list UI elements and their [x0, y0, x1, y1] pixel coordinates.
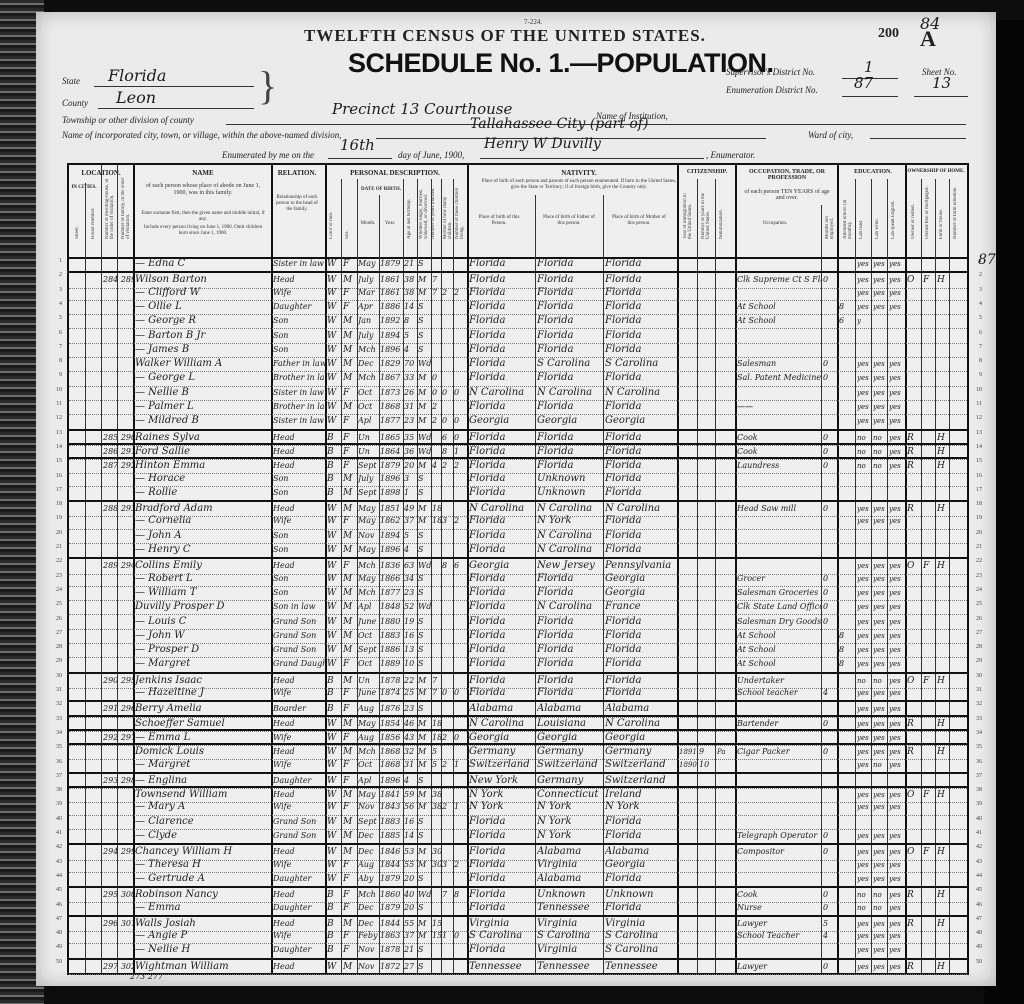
cell-read: yes [857, 400, 871, 414]
cell-read: yes [857, 643, 871, 657]
cell-relation: Son [273, 343, 325, 357]
cell-unemp [823, 386, 837, 400]
cell-write [873, 329, 887, 343]
cell-pobf: Florida [537, 300, 603, 314]
cell-occ [737, 329, 821, 343]
cell-cl [454, 586, 466, 600]
cell-nat [717, 629, 735, 643]
cell-color: B [327, 472, 341, 486]
cell-cl [454, 943, 466, 957]
cell-cl [454, 615, 466, 629]
line-number: 24 [968, 587, 982, 593]
cell-occ [737, 486, 821, 500]
cell-ym [432, 600, 442, 614]
cell-read [857, 486, 871, 500]
cell-unemp [823, 657, 837, 671]
cell-sch [839, 529, 855, 543]
cell-relation: Wife [273, 929, 325, 943]
cell-read [857, 329, 871, 343]
county-value: Leon [116, 88, 156, 107]
cell-year: 1896 [380, 343, 403, 357]
cell-nat [717, 686, 735, 700]
cell-nat [717, 586, 735, 600]
cell-unemp [823, 815, 837, 829]
cell-cl [454, 815, 466, 829]
cell-pobf: Virginia [537, 858, 603, 872]
cell-dwelling [103, 329, 133, 343]
cell-eng [889, 815, 905, 829]
cell-sch: 8 [839, 657, 855, 671]
cell-age: 4 [404, 343, 417, 357]
cell-sch [839, 943, 855, 957]
cell-name: — Edna C [135, 257, 271, 271]
line-number: 23 [968, 573, 982, 579]
cell-ym [432, 657, 442, 671]
cell-color: W [327, 572, 341, 586]
cell-dwelling [103, 572, 133, 586]
cell-yus [699, 901, 715, 915]
cell-name: — Margret [135, 758, 271, 772]
cell-name: — Barton B Jr [135, 329, 271, 343]
cell-fm [923, 300, 935, 314]
cell-fh [937, 343, 949, 357]
cell-eng: yes [889, 357, 905, 371]
table-row: — Edna CSister in lawWFMay187921SFlorida… [69, 257, 967, 272]
line-number: 46 [968, 902, 982, 908]
cell-name: — George L [135, 371, 271, 385]
cell-color: W [327, 257, 341, 271]
cell-own [907, 686, 921, 700]
table-row: — Theresa HWifeWFAug184455M3032FloridaVi… [69, 858, 967, 873]
cell-fm [923, 472, 935, 486]
cell-fh [937, 629, 949, 643]
cell-sex: M [343, 400, 357, 414]
header-free-mortgaged: Owned free or mortgaged. [925, 181, 930, 239]
table-row: — Nellie BSister in lawWFOct187326M000N … [69, 386, 967, 401]
cell-marital: M [418, 514, 431, 528]
cell-mo [442, 872, 453, 886]
cell-unemp [823, 529, 837, 543]
city-value: Tallahassee City (part of) [470, 116, 648, 132]
cell-read: yes [857, 514, 871, 528]
cell-sex: M [343, 629, 357, 643]
cell-relation: Grand Son [273, 615, 325, 629]
cell-write [873, 543, 887, 557]
enum-district-value: 87 [854, 74, 873, 92]
table-row: — Henry CSonWMMay18964SFloridaN Carolina… [69, 543, 967, 558]
cell-cl [454, 960, 466, 974]
cell-farm [951, 657, 965, 671]
cell-color: W [327, 371, 341, 385]
header-name-desc: of each person whose place of abode on J… [139, 183, 267, 197]
cell-imm [679, 643, 697, 657]
cell-pob: S Carolina [469, 929, 535, 943]
cell-name: — Rollie [135, 486, 271, 500]
cell-pob: Florida [469, 343, 535, 357]
cell-dwelling [103, 357, 133, 371]
cell-color: W [327, 872, 341, 886]
cell-dwelling [103, 543, 133, 557]
cell-pobf: N Carolina [537, 386, 603, 400]
cell-color: W [327, 514, 341, 528]
cell-own [907, 943, 921, 957]
cell-sex: M [343, 314, 357, 328]
cell-relation: Daughter [273, 872, 325, 886]
table-row: — MargretWifeWFOct186831M521SwitzerlandS… [69, 758, 967, 773]
cell-name: — Mary A [135, 800, 271, 814]
line-number: 37 [48, 773, 62, 779]
header-naturalization: Naturalization. [719, 187, 724, 239]
line-number: 6 [48, 330, 62, 336]
header-nativity: NATIVITY. [479, 169, 679, 177]
cell-nat [717, 600, 735, 614]
cell-age: 33 [404, 371, 417, 385]
header-ownership: OWNERSHIP OF HOME. [907, 169, 965, 174]
table-row: — George LBrother in lawWMMch186733M0Flo… [69, 371, 967, 386]
cell-occ: At School [737, 643, 821, 657]
cell-fh [937, 472, 949, 486]
header-can-speak-english: Can speak English. [891, 195, 896, 239]
line-number: 11 [48, 401, 62, 407]
cell-age: 10 [404, 657, 417, 671]
cell-month: Aug [358, 858, 379, 872]
table-row: — HoraceSonBMJuly18963SFloridaUnknownFlo… [69, 472, 967, 487]
line-number: 15 [48, 458, 62, 464]
cell-age: 13 [404, 643, 417, 657]
cell-mo [442, 529, 453, 543]
cell-marital: S [418, 543, 431, 557]
cell-color: W [327, 629, 341, 643]
line-number: 45 [48, 887, 62, 893]
cell-dwelling [103, 657, 133, 671]
cell-year: 1868 [380, 758, 403, 772]
cell-pobf: Florida [537, 572, 603, 586]
cell-imm [679, 257, 697, 271]
cell-nat [717, 800, 735, 814]
cell-imm [679, 400, 697, 414]
line-number: 15 [968, 458, 982, 464]
line-number: 33 [48, 716, 62, 722]
cell-cl [454, 371, 466, 385]
cell-color: B [327, 686, 341, 700]
line-number: 9 [968, 372, 982, 378]
form-number: 7-224. [524, 18, 542, 26]
cell-write [873, 343, 887, 357]
cell-mo [442, 257, 453, 271]
cell-month: Nov [358, 529, 379, 543]
line-number: 31 [48, 687, 62, 693]
cell-occ: Nurse [737, 901, 821, 915]
cell-color: W [327, 815, 341, 829]
cell-mo: 0 [442, 414, 453, 428]
cell-year: 1848 [380, 600, 403, 614]
line-number: 29 [48, 658, 62, 664]
line-number: 38 [968, 787, 982, 793]
cell-read [857, 529, 871, 543]
cell-yus [699, 514, 715, 528]
cell-eng: yes [889, 686, 905, 700]
line-number: 21 [968, 544, 982, 550]
cell-age: 37 [404, 514, 417, 528]
cell-mo: 3 [442, 514, 453, 528]
cell-relation: Daughter [273, 943, 325, 957]
header-farm-schedule: Number of farm schedule. [953, 181, 958, 239]
cell-read: yes [857, 960, 871, 974]
cell-write: yes [873, 686, 887, 700]
header-month: Month. [357, 221, 379, 227]
cell-pobm: Florida [605, 686, 677, 700]
cell-pobm: Florida [605, 314, 677, 328]
cell-name: — Clarence [135, 815, 271, 829]
cell-imm [679, 300, 697, 314]
cell-pobm: N York [605, 800, 677, 814]
cell-write: yes [873, 615, 887, 629]
cell-farm [951, 686, 965, 700]
cell-fh [937, 371, 949, 385]
cell-dwelling [103, 758, 133, 772]
cell-month: Dec [358, 829, 379, 843]
cell-mo: 2 [442, 800, 453, 814]
cell-nat [717, 472, 735, 486]
table-row: — Barton B JrSonWMJuly18945SFloridaFlori… [69, 329, 967, 344]
cell-pobf: Florida [537, 286, 603, 300]
cell-pob: Florida [469, 615, 535, 629]
cell-fh [937, 529, 949, 543]
cell-read: yes [857, 943, 871, 957]
cell-sex: F [343, 858, 357, 872]
cell-pob: Florida [469, 572, 535, 586]
cell-pobm: Florida [605, 543, 677, 557]
census-title: TWELFTH CENSUS OF THE UNITED STATES. [304, 26, 706, 46]
cell-name: — Horace [135, 472, 271, 486]
cell-occ: School teacher [737, 686, 821, 700]
cell-yus [699, 486, 715, 500]
cell-year: 1889 [380, 657, 403, 671]
cell-farm [951, 486, 965, 500]
cell-unemp: 4 [823, 686, 837, 700]
cell-imm [679, 657, 697, 671]
cell-month: Mar [358, 286, 379, 300]
cell-name: — Emma [135, 901, 271, 915]
cell-farm [951, 800, 965, 814]
cell-own [907, 486, 921, 500]
cell-eng [889, 472, 905, 486]
cell-nat [717, 257, 735, 271]
header-name-inst1: Enter surname first, then the given name… [139, 211, 267, 223]
cell-name: — Nellie H [135, 943, 271, 957]
cell-ym: 18 [432, 514, 442, 528]
cell-pobf: N York [537, 815, 603, 829]
cell-yus [699, 314, 715, 328]
table-row: Duvilly Prosper DSon in lawWMApl184852Wd… [69, 600, 967, 615]
header-attended-school: Attended school (in months). [843, 181, 853, 239]
cell-nat [717, 486, 735, 500]
city-label: Name of incorporated city, town, or vill… [62, 130, 341, 140]
brace: } [258, 62, 277, 109]
cell-marital: M [418, 800, 431, 814]
cell-pob: Florida [469, 357, 535, 371]
cell-marital: S [418, 872, 431, 886]
cell-relation: Wife [273, 858, 325, 872]
cell-marital: M [418, 400, 431, 414]
cell-read: yes [857, 686, 871, 700]
cell-nat [717, 901, 735, 915]
cell-eng: yes [889, 629, 905, 643]
cell-fm [923, 758, 935, 772]
cell-unemp [823, 343, 837, 357]
cell-month: Jan [358, 314, 379, 328]
cell-age: 16 [404, 629, 417, 643]
cell-pob: Florida [469, 514, 535, 528]
line-number: 12 [48, 415, 62, 421]
cell-read [857, 543, 871, 557]
cell-own [907, 615, 921, 629]
cell-nat [717, 529, 735, 543]
cell-marital: M [418, 286, 431, 300]
cell-eng: yes [889, 901, 905, 915]
cell-relation: Wife [273, 800, 325, 814]
cell-color: W [327, 586, 341, 600]
cell-age: 34 [404, 572, 417, 586]
cell-name: — William T [135, 586, 271, 600]
cell-fm [923, 815, 935, 829]
line-number: 17 [968, 487, 982, 493]
cell-sch [839, 286, 855, 300]
cell-pob: N Carolina [469, 386, 535, 400]
cell-ym [432, 815, 442, 829]
cell-own [907, 643, 921, 657]
cell-farm [951, 572, 965, 586]
cell-farm [951, 400, 965, 414]
cell-ym [432, 300, 442, 314]
cell-yus [699, 815, 715, 829]
cell-year: 1877 [380, 414, 403, 428]
header-years-in-us: Number of years in the United States. [701, 187, 711, 239]
cell-unemp [823, 629, 837, 643]
cell-pobf: N Carolina [537, 529, 603, 543]
cell-age: 19 [404, 615, 417, 629]
cell-fm [923, 586, 935, 600]
cell-name: — John W [135, 629, 271, 643]
cell-farm [951, 960, 965, 974]
cell-color: B [327, 486, 341, 500]
table-row: — CorneliaWifeWFMay186237M1832FloridaN Y… [69, 514, 967, 529]
line-number: 8 [968, 358, 982, 364]
cell-color: B [327, 929, 341, 943]
cell-sch [839, 543, 855, 557]
table-row: — Robert LSonWMMay186634SFloridaFloridaG… [69, 572, 967, 587]
line-number: 24 [48, 587, 62, 593]
cell-relation: Sister in law [273, 414, 325, 428]
cell-fm [923, 343, 935, 357]
cell-ym: 0 [432, 386, 442, 400]
cell-write: yes [873, 286, 887, 300]
cell-unemp [823, 486, 837, 500]
line-number: 25 [968, 601, 982, 607]
table-row: — Prosper DGrand SonWMSept188613SFlorida… [69, 643, 967, 658]
cell-farm [951, 858, 965, 872]
table-row: — Ollie LDaughterWFApr188614SFloridaFlor… [69, 300, 967, 315]
cell-age: 20 [404, 872, 417, 886]
cell-sex: F [343, 758, 357, 772]
cell-pob: Florida [469, 686, 535, 700]
cell-nat [717, 815, 735, 829]
cell-sex: M [343, 600, 357, 614]
cell-sex: F [343, 872, 357, 886]
cell-sch [839, 872, 855, 886]
cell-sch [839, 929, 855, 943]
cell-cl [454, 657, 466, 671]
cell-name: — Palmer L [135, 400, 271, 414]
cell-sch: 8 [839, 629, 855, 643]
cell-pobf: S Carolina [537, 357, 603, 371]
cell-pobm: Georgia [605, 572, 677, 586]
cell-pobf: N Carolina [537, 600, 603, 614]
cell-marital: S [418, 901, 431, 915]
cell-yus [699, 343, 715, 357]
cell-age: 5 [404, 529, 417, 543]
cell-sex: F [343, 929, 357, 943]
cell-name: — Angie P [135, 929, 271, 943]
table-row: — Angie PWifeBFFeby186337M1510S Carolina… [69, 929, 967, 944]
cell-farm [951, 615, 965, 629]
cell-nat [717, 758, 735, 772]
cell-pobm: Georgia [605, 586, 677, 600]
cell-ym [432, 872, 442, 886]
cell-month: Apl [358, 414, 379, 428]
cell-unemp [823, 543, 837, 557]
cell-farm [951, 829, 965, 843]
cell-fh [937, 829, 949, 843]
cell-imm [679, 586, 697, 600]
cell-year: 1883 [380, 629, 403, 643]
cell-age: 5 [404, 329, 417, 343]
cell-eng: yes [889, 514, 905, 528]
cell-sch [839, 414, 855, 428]
cell-read: yes [857, 572, 871, 586]
cell-occ [737, 543, 821, 557]
line-number: 35 [48, 744, 62, 750]
ward-label: Ward of city, [808, 130, 853, 140]
cell-imm [679, 514, 697, 528]
line-number: 33 [968, 716, 982, 722]
cell-imm [679, 543, 697, 557]
line-number: 19 [968, 515, 982, 521]
cell-pobf: Florida [537, 586, 603, 600]
line-number: 13 [48, 430, 62, 436]
cell-fh [937, 815, 949, 829]
cell-ym [432, 343, 442, 357]
cell-dwelling [103, 400, 133, 414]
cell-sch [839, 901, 855, 915]
cell-pob: Florida [469, 629, 535, 643]
cell-name: — Hazeltine J [135, 686, 271, 700]
cell-dwelling [103, 514, 133, 528]
cell-pob: Florida [469, 872, 535, 886]
cell-color: W [327, 758, 341, 772]
cell-color: W [327, 643, 341, 657]
cell-marital: S [418, 960, 431, 974]
cell-month: Aby [358, 872, 379, 886]
cell-sch [839, 829, 855, 843]
cell-pob: Florida [469, 329, 535, 343]
table-row: 297 302Wightman WilliamHeadWMNov187227ST… [69, 958, 967, 975]
cell-read: yes [857, 615, 871, 629]
cell-farm [951, 286, 965, 300]
cell-cl [454, 400, 466, 414]
cell-occ: Salesman Dry Goods [737, 615, 821, 629]
header-color: Color or race. [329, 187, 334, 239]
